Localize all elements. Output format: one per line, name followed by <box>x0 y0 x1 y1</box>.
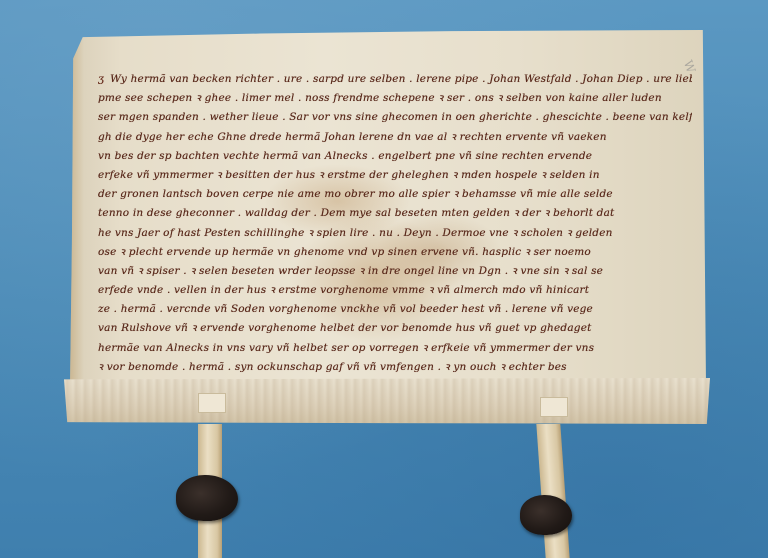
text-line: erfede vnde . vellen in der hus ꝛ erstme… <box>98 281 692 300</box>
seal-tag-slot-left <box>198 393 226 413</box>
seal-tag-slot-right <box>540 397 568 417</box>
seal-tag-right <box>536 424 569 558</box>
text-line: hermãe van Alnecks in vns vary vñ helbet… <box>98 339 692 358</box>
initial-mark: ʒ <box>98 73 104 85</box>
text-line: ose ꝛ plecht ervende up hermãe vn ghenom… <box>98 243 692 262</box>
text-line: tenno in dese gheconner . walldag der . … <box>98 204 692 223</box>
wax-seal-right <box>520 495 572 535</box>
text-line: vn bes der sp bachten vechte hermã van A… <box>98 147 692 166</box>
text-line: pme see schepen ꝛ ghee . limer mel . nos… <box>98 89 692 108</box>
text-line: ze . hermã . vercnde vñ Soden vorghenome… <box>98 300 692 319</box>
text-line: erfeke vñ ymmermer ꝛ besitten der hus ꝛ … <box>98 166 692 185</box>
charter-photograph: W ʒWy hermã van becken richter . ure . s… <box>0 0 768 558</box>
text-line: gh die dyge her eche Ghne drede hermã Jo… <box>98 128 692 147</box>
text-line: ʒWy hermã van becken richter . ure . sar… <box>98 70 692 89</box>
wax-seal-left <box>176 475 238 521</box>
text-line: ꝛ vor benomde . hermã . syn ockunschap g… <box>98 358 692 377</box>
text-line: van vñ ꝛ spiser . ꝛ selen beseten wrder … <box>98 262 692 281</box>
text-line: he vns Jaer of hast Pesten schillinghe ꝛ… <box>98 224 692 243</box>
text-line: der gronen lantsch boven cerpe nie ame m… <box>98 185 692 204</box>
text-line: van Rulshove vñ ꝛ ervende vorghenome hel… <box>98 319 692 338</box>
parchment-sheet: W ʒWy hermã van becken richter . ure . s… <box>70 30 706 386</box>
text-line: ser mgen spanden . wether lieue . Sar vo… <box>98 108 692 127</box>
parchment-fold-plica <box>64 378 710 424</box>
